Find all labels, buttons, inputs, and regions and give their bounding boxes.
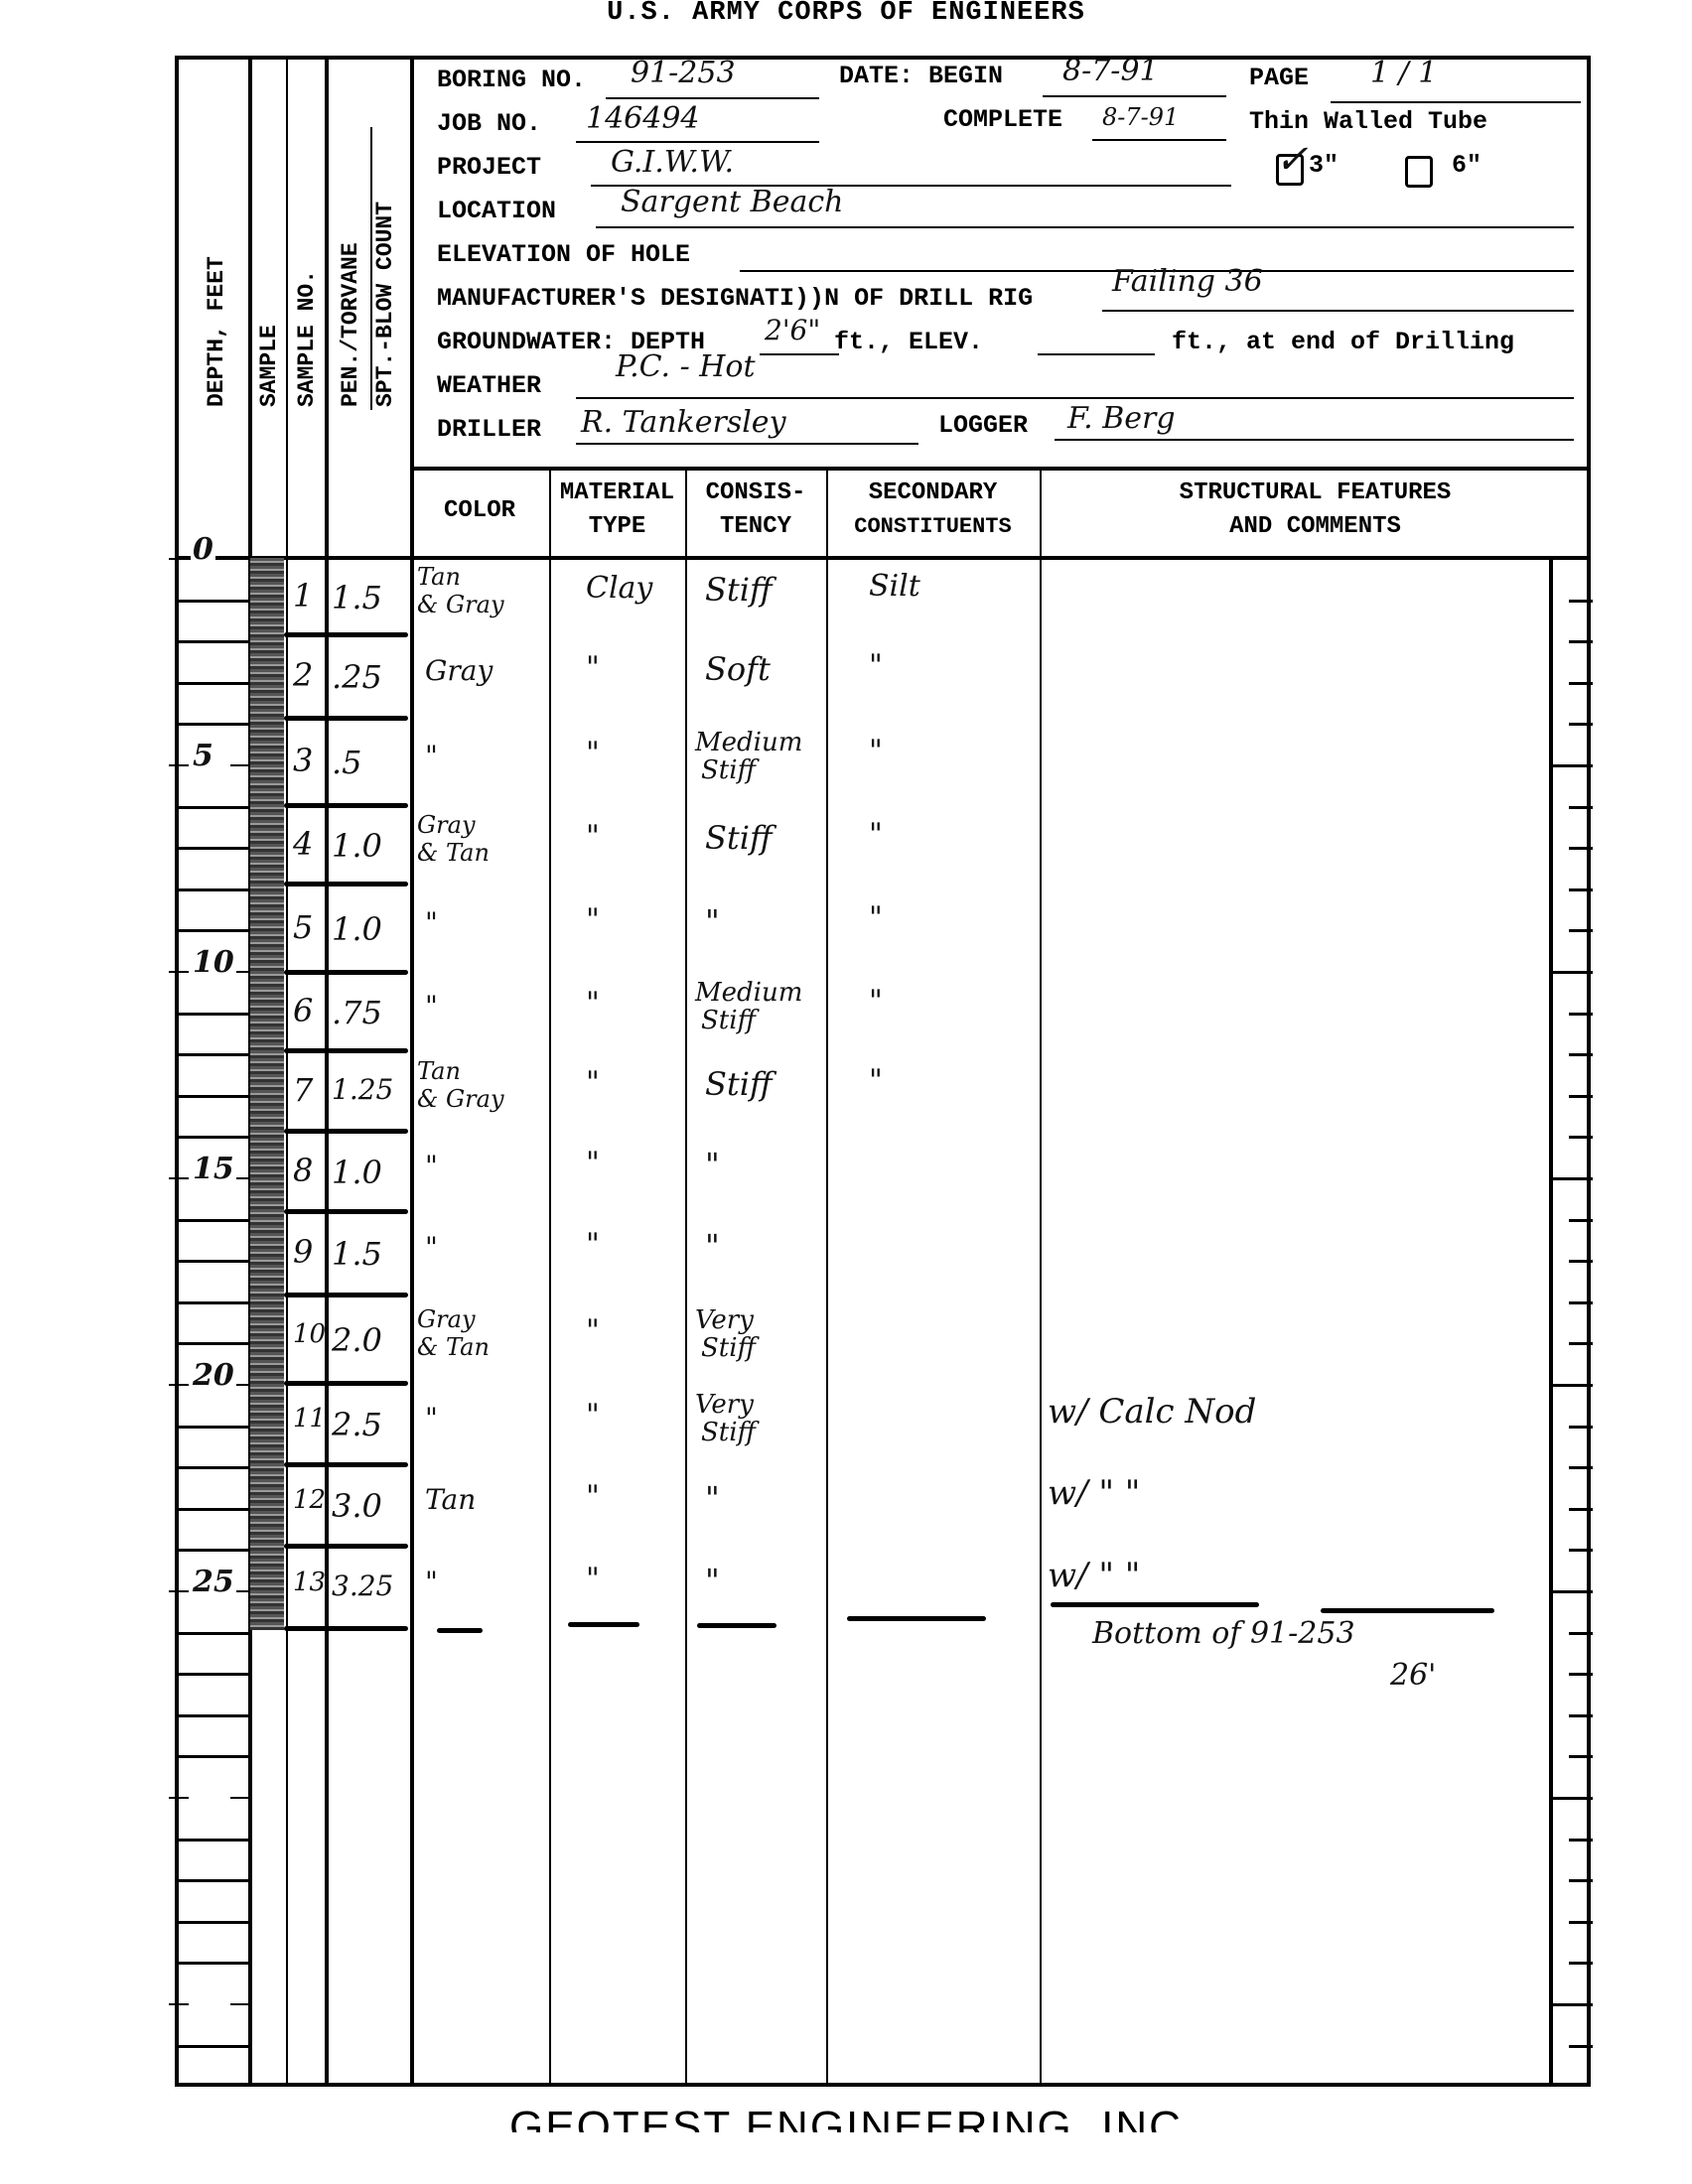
consistency-value: "	[705, 1146, 720, 1183]
job-no-label: JOB NO.	[437, 109, 541, 138]
end-mark-consistency	[697, 1623, 776, 1628]
sampler-6in-label: 6"	[1452, 151, 1481, 180]
depth-major-tick	[169, 1384, 189, 1386]
sample-row-divider	[284, 1462, 408, 1467]
ruler-major-tick	[1551, 1797, 1593, 1800]
ruler-tick	[1569, 1755, 1593, 1758]
date-complete-label: COMPLETE	[943, 105, 1062, 134]
depth-tick	[177, 1921, 248, 1924]
sample-row-divider	[284, 632, 408, 637]
pen-value: 1.5	[332, 1235, 382, 1273]
driller-underline	[576, 443, 918, 445]
column-consistency-1: CONSIS-	[685, 477, 826, 510]
end-mark-secondary	[847, 1616, 986, 1621]
ruler-major-tick	[1551, 1177, 1593, 1180]
divider-sampleno-pen	[325, 56, 329, 2087]
ruler-tick	[1569, 1508, 1593, 1511]
depth-tick	[177, 888, 248, 891]
location-underline	[596, 226, 1574, 228]
consistency-value: Very	[695, 1390, 754, 1420]
logger-underline	[1055, 439, 1574, 441]
ruler-tick	[1569, 600, 1593, 603]
groundwater-depth-value[interactable]: 2'6"	[765, 314, 820, 346]
material-value: "	[586, 736, 600, 770]
ruler-major-tick	[1551, 1590, 1593, 1593]
sample-no: 13	[293, 1568, 326, 1597]
groundwater-ft-elev-label: ft., ELEV.	[834, 328, 983, 356]
divider-consistency-secondary	[826, 469, 828, 2087]
consistency-value: "	[705, 1562, 720, 1599]
depth-major-tick-right	[230, 2003, 248, 2005]
groundwater-depth-underline	[760, 353, 839, 355]
groundwater-elev-underline	[1038, 353, 1155, 355]
material-value: Clay	[586, 571, 652, 606]
secondary-value: "	[869, 648, 883, 683]
consistency-value: "	[705, 902, 720, 940]
sampler-label: Thin Walled Tube	[1249, 107, 1487, 136]
depth-label: 0	[191, 532, 215, 567]
sample-row-divider	[284, 1381, 408, 1386]
depth-tick	[177, 1260, 248, 1263]
ruler-major-tick	[1551, 1384, 1593, 1387]
driller-value[interactable]: R. Tankersley	[581, 405, 786, 440]
sample-no: 6	[293, 992, 313, 1029]
consistency-value: "	[705, 1479, 720, 1517]
pen-value: 1.0	[332, 827, 382, 865]
ruler-tick	[1569, 1342, 1593, 1345]
secondary-value: "	[869, 1063, 883, 1098]
pen-value: 3.25	[332, 1570, 393, 1602]
material-value: "	[586, 1398, 600, 1433]
drill-rig-underline	[1102, 310, 1574, 312]
depth-tick	[177, 1879, 248, 1882]
consistency-value: Stiff	[705, 571, 773, 609]
color-value: Gray	[417, 1305, 476, 1333]
depth-label: 5	[191, 739, 215, 773]
boring-no-underline	[606, 97, 819, 99]
color-value: "	[425, 1402, 438, 1434]
depth-tick	[177, 1219, 248, 1222]
sample-no: 5	[293, 908, 313, 946]
depth-label: 10	[191, 945, 236, 980]
material-value: "	[586, 1146, 600, 1180]
logger-label: LOGGER	[938, 411, 1028, 440]
comments-value: w/ " "	[1048, 1473, 1140, 1513]
pen-value: 1.5	[332, 579, 382, 616]
depth-tick	[177, 1632, 248, 1635]
driller-label: DRILLER	[437, 415, 541, 444]
depth-tick	[177, 1549, 248, 1552]
depth-tick	[177, 1426, 248, 1429]
page-underline	[1331, 101, 1581, 103]
sample-row-divider	[284, 1626, 408, 1631]
job-no-value[interactable]: 146494	[586, 101, 700, 136]
depth-major-tick	[169, 1797, 189, 1799]
date-complete-value[interactable]: 8-7-91	[1102, 103, 1179, 131]
ruler-tick	[1569, 682, 1593, 685]
date-begin-underline	[1043, 95, 1226, 97]
consistency-value: Medium	[695, 978, 802, 1008]
color-value: & Gray	[417, 1085, 504, 1113]
end-mark-comments	[1051, 1602, 1259, 1607]
boring-no-value[interactable]: 91-253	[631, 56, 736, 90]
secondary-value: "	[869, 900, 883, 935]
column-sample: SAMPLE	[256, 325, 282, 407]
ruler-tick	[1569, 1301, 1593, 1304]
column-color: COLOR	[410, 494, 549, 528]
boring-no-label: BORING NO.	[437, 66, 586, 94]
sample-row-divider	[284, 1048, 408, 1053]
date-complete-underline	[1092, 139, 1226, 141]
sample-row-divider	[284, 1293, 408, 1297]
pen-value: 1.0	[332, 910, 382, 948]
project-label: PROJECT	[437, 153, 541, 182]
consistency-value: Medium	[695, 728, 802, 757]
pen-value: 3.0	[332, 1487, 382, 1525]
sample-row-divider	[284, 882, 408, 887]
depth-tick	[177, 600, 248, 603]
consistency-value: Soft	[705, 650, 771, 688]
table-header-bottom	[175, 556, 1591, 560]
depth-major-tick	[169, 2003, 189, 2005]
pen-value: 1.0	[332, 1154, 382, 1191]
column-pen-torvane: PEN./TORVANE	[338, 242, 363, 407]
depth-tick	[177, 1013, 248, 1016]
depth-major-tick	[169, 764, 189, 766]
column-secondary-1: SECONDARY	[826, 477, 1040, 510]
color-value: Tan	[417, 1057, 461, 1085]
job-no-underline	[576, 141, 819, 143]
date-begin-label: DATE: BEGIN	[839, 62, 1003, 90]
divider-material-consistency	[685, 469, 687, 2087]
material-value: "	[586, 1562, 600, 1596]
color-value: "	[425, 740, 438, 772]
depth-tick	[177, 1095, 248, 1098]
consistency-value: Stiff	[701, 1006, 756, 1035]
consistency-value: Stiff	[705, 819, 773, 857]
ruler-tick	[1569, 1013, 1593, 1016]
ruler-tick	[1569, 888, 1593, 891]
ruler-major-tick	[1551, 971, 1593, 974]
pen-value: .25	[332, 658, 382, 696]
date-begin-value[interactable]: 8-7-91	[1062, 54, 1159, 88]
depth-tick	[177, 1053, 248, 1056]
logger-value[interactable]: F. Berg	[1067, 401, 1176, 436]
color-value: "	[425, 990, 438, 1023]
ruler-tick	[1569, 1219, 1593, 1222]
depth-tick	[177, 723, 248, 726]
material-value: "	[586, 1065, 600, 1100]
end-mark-comments-2	[1321, 1608, 1494, 1613]
color-value: & Tan	[417, 839, 490, 867]
location-label: LOCATION	[437, 197, 556, 225]
column-structural-2: AND COMMENTS	[1040, 510, 1591, 544]
column-sample-no: SAMPLE NO.	[294, 270, 320, 407]
pen-value: .5	[332, 744, 362, 781]
depth-major-tick	[169, 1590, 189, 1592]
secondary-value: "	[869, 984, 883, 1019]
ruler-tick	[1569, 929, 1593, 932]
organization-title: U.S. ARMY CORPS OF ENGINEERS	[0, 0, 1692, 28]
material-value: "	[586, 1313, 600, 1348]
sample-recovery-bar	[250, 558, 284, 1630]
consistency-value: Stiff	[701, 755, 756, 785]
ruler-tick	[1569, 1962, 1593, 1965]
depth-tick	[177, 929, 248, 932]
depth-tick	[177, 1962, 248, 1965]
color-value: Tan	[425, 1483, 476, 1516]
color-value: "	[425, 1150, 438, 1182]
depth-label: 15	[191, 1152, 236, 1186]
depth-tick	[177, 1136, 248, 1139]
project-value[interactable]: G.I.W.W.	[611, 145, 734, 180]
sample-row-divider	[284, 803, 408, 808]
sample-row-divider	[284, 1544, 408, 1549]
column-consistency-2: TENCY	[685, 510, 826, 544]
ruler-major-tick	[1551, 764, 1593, 767]
consistency-value: Stiff	[705, 1065, 773, 1103]
info-table-divider	[410, 467, 1591, 471]
ruler-tick	[1569, 1673, 1593, 1676]
ruler-major-tick	[1551, 2003, 1593, 2006]
ruler-tick	[1569, 1053, 1593, 1056]
column-structural-1: STRUCTURAL FEATURES	[1040, 477, 1591, 510]
divider-structural-ruler	[1549, 556, 1553, 2087]
divider-secondary-structural	[1040, 469, 1042, 2087]
sampler-3in-label: 3"	[1309, 151, 1339, 180]
consistency-value: Stiff	[701, 1333, 756, 1363]
material-value: "	[586, 986, 600, 1021]
sample-row-divider	[284, 1129, 408, 1134]
end-mark-material	[568, 1622, 639, 1627]
depth-major-tick	[169, 558, 189, 560]
material-value: "	[586, 1227, 600, 1262]
color-value: & Gray	[417, 591, 504, 618]
end-note-line2: 26'	[1390, 1658, 1436, 1693]
ruler-tick	[1569, 847, 1593, 850]
depth-major-tick-right	[230, 558, 248, 560]
depth-tick	[177, 1673, 248, 1676]
depth-tick	[177, 682, 248, 685]
elevation-label: ELEVATION OF HOLE	[437, 240, 690, 269]
depth-tick	[177, 1755, 248, 1758]
comments-value: w/ " "	[1048, 1556, 1140, 1595]
consistency-value: Very	[695, 1305, 754, 1335]
depth-major-tick	[169, 1177, 189, 1179]
groundwater-end-label: ft., at end of Drilling	[1172, 328, 1514, 356]
weather-value[interactable]: P.C. - Hot	[616, 349, 756, 384]
depth-tick	[177, 1714, 248, 1717]
consistency-value: "	[705, 1227, 720, 1265]
sample-row-divider	[284, 716, 408, 721]
color-value: "	[425, 1231, 438, 1264]
checkmark-icon: ✓	[1275, 137, 1309, 183]
depth-tick	[177, 1839, 248, 1842]
sample-no: 3	[293, 742, 313, 779]
ruler-tick	[1569, 1426, 1593, 1429]
material-value: "	[586, 1479, 600, 1514]
column-depth-feet: DEPTH, FEET	[204, 256, 229, 407]
column-secondary-2: CONSTITUENTS	[826, 510, 1040, 544]
weather-underline	[576, 397, 1574, 399]
depth-major-tick	[169, 971, 189, 973]
secondary-value: Silt	[869, 569, 920, 604]
depth-tick	[177, 1342, 248, 1345]
color-value: "	[425, 906, 438, 939]
secondary-value: "	[869, 817, 883, 852]
depth-tick	[177, 2045, 248, 2048]
ruler-tick	[1569, 1260, 1593, 1263]
ruler-tick	[1569, 1921, 1593, 1924]
column-material-1: MATERIAL	[549, 477, 685, 510]
page-label: PAGE	[1249, 64, 1309, 92]
sample-no: 2	[293, 656, 313, 694]
ruler-tick	[1569, 1095, 1593, 1098]
divider-sample-sampleno	[286, 56, 288, 2087]
material-value: "	[586, 650, 600, 685]
ruler-tick	[1569, 1632, 1593, 1635]
depth-label: 25	[191, 1565, 236, 1599]
secondary-value: "	[869, 734, 883, 768]
ruler-tick	[1569, 2045, 1593, 2048]
sample-no: 12	[293, 1485, 326, 1515]
depth-tick	[177, 640, 248, 643]
location-value[interactable]: Sargent Beach	[621, 185, 843, 219]
sample-no: 1	[293, 577, 313, 614]
sampler-6in-checkbox[interactable]	[1405, 156, 1433, 188]
sample-row-divider	[284, 970, 408, 975]
depth-tick	[177, 1508, 248, 1511]
color-value: "	[425, 1566, 438, 1598]
consistency-value: Stiff	[701, 1418, 756, 1447]
sample-no: 8	[293, 1152, 313, 1189]
end-mark-color	[437, 1628, 483, 1633]
ruler-tick	[1569, 640, 1593, 643]
ruler-tick	[1569, 1136, 1593, 1139]
company-footer: GEOTEST ENGINEERING, INC	[0, 2103, 1692, 2132]
weather-label: WEATHER	[437, 371, 541, 400]
ruler-tick	[1569, 1549, 1593, 1552]
depth-major-tick-right	[230, 1797, 248, 1799]
material-value: "	[586, 902, 600, 937]
end-note-line1: Bottom of 91-253	[1092, 1616, 1355, 1651]
column-material-2: TYPE	[549, 510, 685, 544]
ruler-tick	[1569, 1466, 1593, 1469]
ruler-tick	[1569, 1714, 1593, 1717]
pen-value: 2.0	[332, 1321, 382, 1359]
column-spt-blow-count: SPT.-BLOW COUNT	[372, 202, 398, 407]
sample-no: 11	[293, 1404, 326, 1433]
color-value: Tan	[417, 563, 461, 591]
sample-row-divider	[284, 1209, 408, 1214]
ruler-tick	[1569, 1879, 1593, 1882]
depth-tick	[177, 1301, 248, 1304]
color-value: Gray	[425, 654, 493, 687]
color-value: Gray	[417, 811, 476, 839]
page-value[interactable]: 1 / 1	[1370, 56, 1437, 90]
pen-value: .75	[332, 994, 382, 1031]
depth-major-tick-right	[230, 764, 248, 766]
divider-color-material	[549, 469, 551, 2087]
sample-no: 7	[293, 1071, 313, 1109]
comments-value: w/ Calc Nod	[1048, 1392, 1256, 1432]
drill-rig-label: MANUFACTURER'S DESIGNATI))N OF DRILL RIG	[437, 284, 1033, 313]
material-value: "	[586, 819, 600, 854]
ruler-tick	[1569, 723, 1593, 726]
ruler-tick	[1569, 1839, 1593, 1842]
ruler-tick	[1569, 806, 1593, 809]
depth-tick	[177, 1466, 248, 1469]
color-value: & Tan	[417, 1333, 490, 1361]
pen-value: 2.5	[332, 1406, 382, 1443]
divider-pen-info	[410, 56, 414, 2087]
pen-value: 1.25	[332, 1073, 393, 1106]
depth-tick	[177, 806, 248, 809]
sample-no: 10	[293, 1319, 326, 1349]
sample-no: 9	[293, 1233, 313, 1271]
sample-no: 4	[293, 825, 313, 863]
depth-label: 20	[191, 1358, 236, 1393]
drill-rig-value[interactable]: Failing 36	[1112, 264, 1263, 299]
depth-tick	[177, 847, 248, 850]
